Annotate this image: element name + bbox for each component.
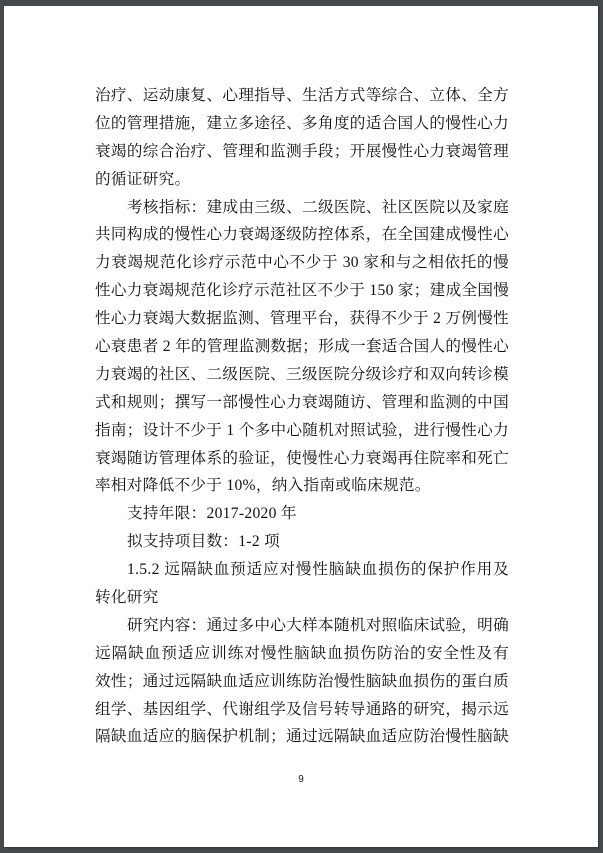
text-line: 心衰患者 2 年的管理监测数据；形成一套适合国人的慢性心	[95, 333, 509, 361]
text-line: 远隔缺血预适应训练对慢性脑缺血损伤防治的安全性及有	[95, 640, 509, 668]
document-page: 治疗、运动康复、心理指导、生活方式等综合、立体、全方 位的管理措施，建立多途径、…	[4, 6, 598, 847]
page-number: 9	[4, 774, 598, 785]
paragraph-assessment-indicators: 考核指标：建成由三级、二级医院、社区医院以及家庭 共同构成的慢性心力衰竭逐级防控…	[95, 194, 509, 501]
text-line: 隔缺血适应的脑保护机制；通过远隔缺血适应防治慢性脑缺	[95, 723, 509, 751]
text-line: 力衰竭的社区、二级医院、三级医院分级诊疗和双向转诊模	[95, 361, 509, 389]
document-viewer: 治疗、运动康复、心理指导、生活方式等综合、立体、全方 位的管理措施，建立多途径、…	[0, 0, 603, 853]
text-line: 率相对降低不少于 10%，纳入指南或临床规范。	[95, 472, 509, 500]
paragraph-project-count: 拟支持项目数：1-2 项	[95, 528, 509, 556]
text-line: 力衰竭规范化诊疗示范中心不少于 30 家和与之相依托的慢	[95, 249, 509, 277]
text-line: 1.5.2 远隔缺血预适应对慢性脑缺血损伤的保护作用及	[95, 556, 509, 584]
text-line: 组学、基因组学、代谢组学及信号转导通路的研究，揭示远	[95, 696, 509, 724]
text-line: 性心力衰竭大数据监测、管理平台，获得不少于 2 万例慢性	[95, 305, 509, 333]
paragraph-research-content: 研究内容：通过多中心大样本随机对照临床试验，明确 远隔缺血预适应训练对慢性脑缺血…	[95, 612, 509, 751]
text-line: 衰竭的综合治疗、管理和监测手段；开展慢性心力衰竭管理	[95, 138, 509, 166]
text-line: 拟支持项目数：1-2 项	[95, 528, 509, 556]
text-line: 治疗、运动康复、心理指导、生活方式等综合、立体、全方	[95, 82, 509, 110]
text-line: 位的管理措施，建立多途径、多角度的适合国人的慢性心力	[95, 110, 509, 138]
text-line: 性心力衰竭规范化诊疗示范社区不少于 150 家；建成全国慢	[95, 277, 509, 305]
text-line: 指南；设计不少于 1 个多中心随机对照试验，进行慢性心力	[95, 417, 509, 445]
text-line: 效性；通过远隔缺血适应训练防治慢性脑缺血损伤的蛋白质	[95, 668, 509, 696]
section-heading-1-5-2: 1.5.2 远隔缺血预适应对慢性脑缺血损伤的保护作用及 转化研究	[95, 556, 509, 612]
paragraph-methods-continuation: 治疗、运动康复、心理指导、生活方式等综合、立体、全方 位的管理措施，建立多途径、…	[95, 82, 509, 194]
text-line: 的循证研究。	[95, 166, 509, 194]
paragraph-support-period: 支持年限：2017-2020 年	[95, 500, 509, 528]
text-line: 共同构成的慢性心力衰竭逐级防控体系，在全国建成慢性心	[95, 221, 509, 249]
page-content: 治疗、运动康复、心理指导、生活方式等综合、立体、全方 位的管理措施，建立多途径、…	[95, 82, 509, 751]
text-line: 考核指标：建成由三级、二级医院、社区医院以及家庭	[95, 194, 509, 222]
text-line: 研究内容：通过多中心大样本随机对照临床试验，明确	[95, 612, 509, 640]
text-line: 转化研究	[95, 584, 509, 612]
text-line: 式和规则；撰写一部慢性心力衰竭随访、管理和监测的中国	[95, 389, 509, 417]
text-line: 支持年限：2017-2020 年	[95, 500, 509, 528]
text-line: 衰竭随访管理体系的验证，使慢性心力衰竭再住院率和死亡	[95, 445, 509, 473]
